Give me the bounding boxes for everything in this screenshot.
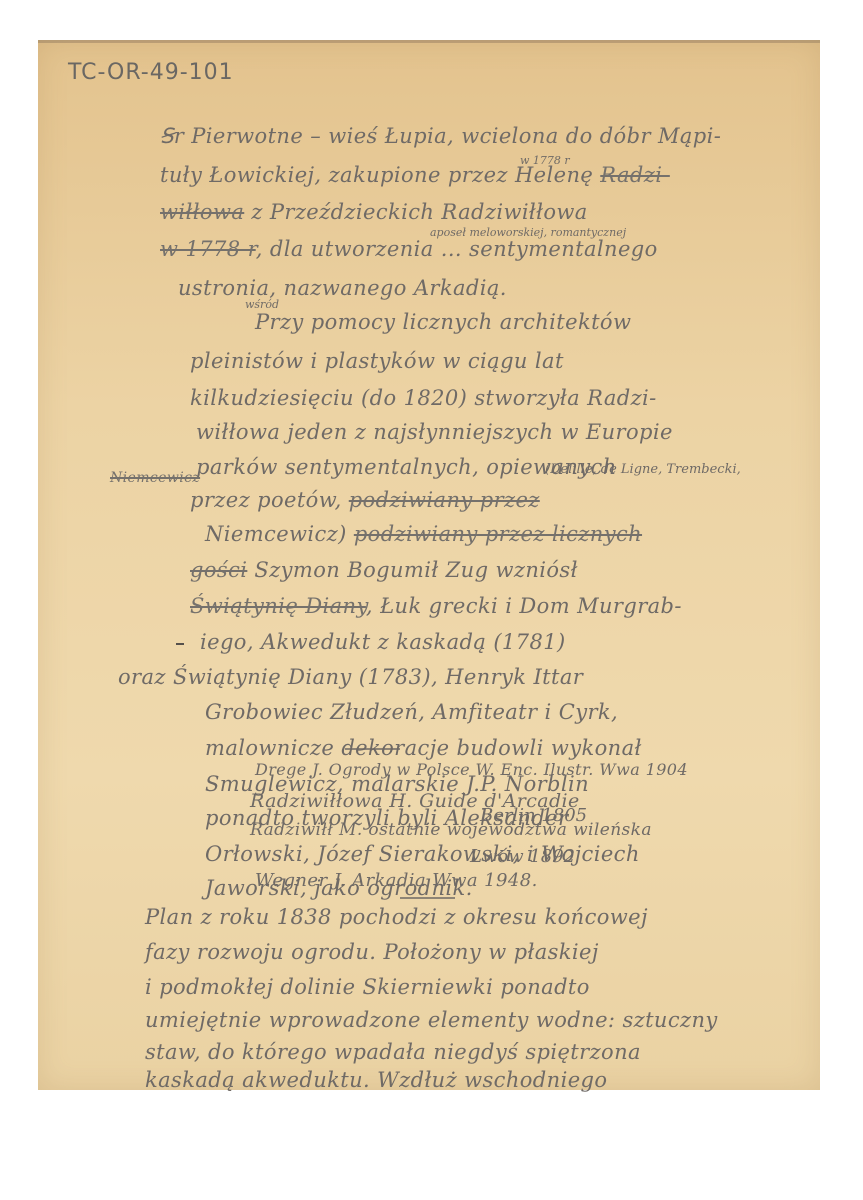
bibliography-entry-6: Wegner J. Arkadia Wwa 1948. (255, 870, 538, 891)
p1-line-4: w 1778 r, dla utworzenia ... sentymental… (160, 237, 658, 261)
p1-line-2: tuły Łowickiej, zakupione przez Helenę R… (160, 163, 670, 187)
margin-struck-text: Niemcewicz (110, 470, 200, 486)
struck-podziwiany: podziwiany przez (349, 488, 540, 512)
struck-radzi: Radzi- (600, 163, 670, 187)
closing-line-5: staw, do którego wpadała niegdyś spiętrz… (145, 1040, 641, 1064)
p2-line-8: gości Szymon Bogumił Zug wzniósł (190, 558, 578, 582)
closing-line-3: i podmokłej dolinie Skierniewki ponadto (145, 975, 590, 999)
p2-line-13: malownicze dekoracje budowli wykonał (205, 736, 642, 760)
struck-1778: w 1778 r (160, 237, 256, 261)
p2-line-8-text: Szymon Bogumił Zug wzniósł (254, 558, 577, 582)
bibliography-entry-1: Drege J. Ogrody w Polsce W. Enc. Ilustr.… (255, 760, 688, 779)
closing-line-4: umiejętnie wprowadzone elementy wodne: s… (145, 1008, 718, 1032)
p1-line-4-text: , dla utworzenia ... sentymentalnego (256, 237, 658, 261)
struck-gosci: gości (190, 558, 247, 582)
p2-line-9: Świątynię Diany, Łuk grecki i Dom Murgra… (190, 594, 682, 618)
closing-line-2: fazy rozwoju ogrodu. Położony w płaskiej (145, 940, 599, 964)
struck-podziwiany-licznych: podziwiany przez licznych (354, 522, 642, 546)
p2-line-7-text: Niemcewicz) (205, 522, 347, 546)
separator-after-bibliography (400, 897, 455, 899)
p2-line-12: Grobowiec Złudzeń, Amfiteatr i Cyrk, (205, 700, 618, 724)
p2-line-6: przez poetów, podziwiany przez (190, 488, 540, 512)
margin-dash-mark (176, 643, 184, 645)
p2-line-7: Niemcewicz) podziwiany przez licznych (205, 522, 642, 546)
p2-line-9-text: , Łuk grecki i Dom Murgrab- (366, 594, 682, 618)
p2-line-10-text: iego, Akwedukt z kaskadą (1781) (200, 630, 566, 654)
p1-line-5: ustronia, nazwanego Arkadią. (178, 276, 507, 300)
p1-line-1: Ꞩr Pierwotne – wieś Łupia, wcielona do d… (160, 124, 721, 148)
p2-line-2: pleinistów i plastyków w ciągu lat (190, 349, 564, 373)
p2-line-4: wiłłowa jeden z najsłynniejszych w Europ… (196, 420, 673, 444)
bibliography-entry-4: Radziwiłł M. ostatnie województwa wileńs… (250, 820, 652, 840)
p2-line-11: oraz Świątynię Diany (1783), Henryk Itta… (118, 665, 583, 689)
p2-line-6-text: przez poetów, (190, 488, 342, 512)
p2-line-1: Przy pomocy licznych architektów (255, 310, 631, 334)
bibliography-entry-5: Lwów 1892 (470, 846, 575, 867)
closing-line-6: kaskadą akweduktu. Wzdłuż wschodniego (145, 1068, 607, 1092)
separator-before-bibliography (345, 748, 400, 750)
p2-line-3: kilkudziesięciu (do 1820) stworzyła Radz… (190, 386, 657, 410)
struck-swiatynie: Świątynię Diany (190, 594, 366, 618)
insertion-delille: (Delille, de Ligne, Trembecki, (545, 462, 741, 477)
closing-line-1: Plan z roku 1838 pochodzi z okresu końco… (145, 905, 648, 929)
margin-niemcewicz: Niemcewicz (110, 470, 200, 486)
p1-line-3-text: z Przeździeckich Radziwiłłowa (251, 200, 587, 224)
p1-line-2-text: tuły Łowickiej, zakupione przez Helenę (160, 163, 593, 187)
p1-line-3: wiłłowa z Przeździeckich Radziwiłłowa (160, 200, 588, 224)
reference-code: TC-OR-49-101 (68, 60, 234, 85)
p2-line-10: iego, Akwedukt z kaskadą (1781) (200, 630, 566, 654)
struck-wiłłowa: wiłłowa (160, 200, 244, 224)
